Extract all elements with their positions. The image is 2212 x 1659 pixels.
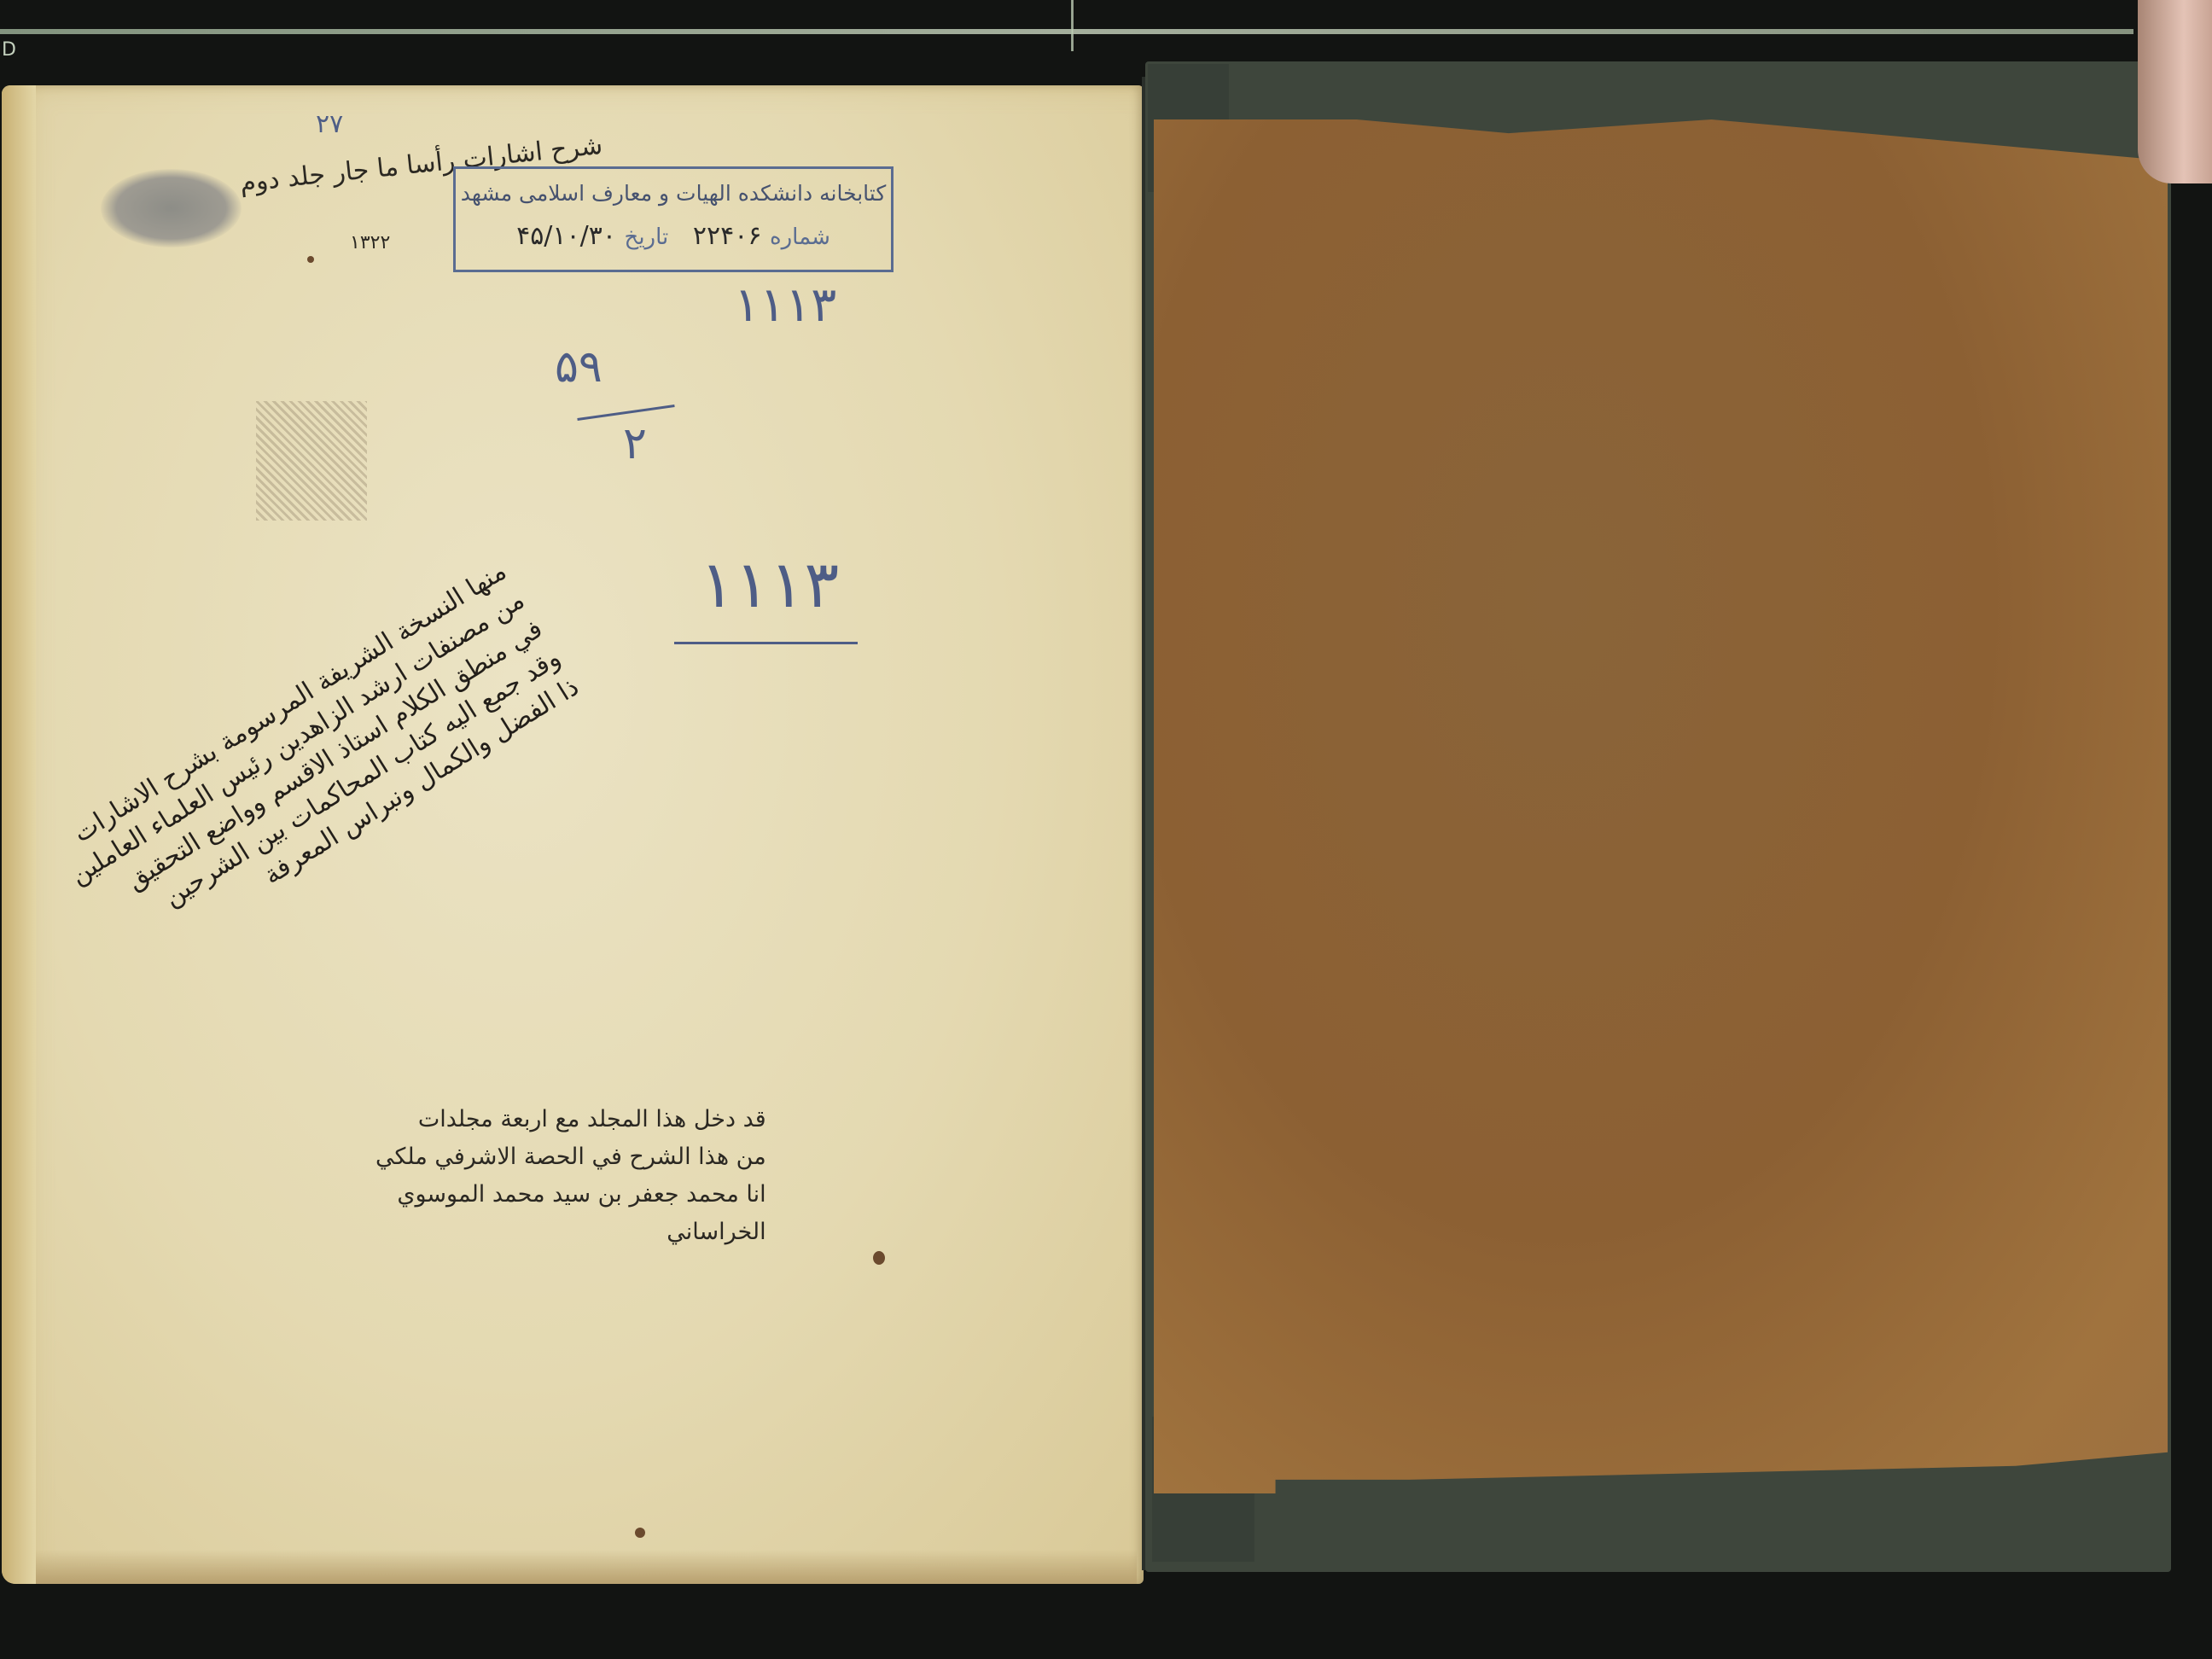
background-stripe (0, 29, 2133, 34)
stamp-number-line: شماره ۲۲۴۰۶ تاریخ ۴۵/۱۰/۳۰ (456, 221, 891, 251)
foxing-spot (307, 256, 314, 263)
background-divider (1071, 0, 1074, 51)
leather-cover-panel (1154, 119, 2168, 1493)
oval-seal-impression (101, 169, 242, 247)
stamp-number-label: شماره (770, 224, 830, 250)
foxing-spot (635, 1528, 645, 1538)
stamp-number: ۲۲۴۰۶ (693, 221, 762, 251)
signature-note: ۱۳۲۲ (350, 232, 390, 253)
catalog-number-top: ۱۱۱۳ (734, 277, 836, 333)
stamp-date: ۴۵/۱۰/۳۰ (516, 221, 616, 251)
folio-note: ۲۷ (316, 109, 343, 139)
finger-holding-book (2138, 0, 2212, 183)
endowment-line: من هذا الشرح في الحصة الاشرفي ملكي (375, 1138, 766, 1176)
shelf-number-denominator: ۲ (623, 418, 647, 469)
endowment-note: قد دخل هذا المجلد مع اربعة مجلدات من هذا… (375, 1101, 766, 1251)
library-stamp: کتابخانه دانشکده الهیات و معارف اسلامی م… (453, 166, 894, 272)
endowment-line: قد دخل هذا المجلد مع اربعة مجلدات (375, 1101, 766, 1138)
page-foot-stain (36, 1550, 1137, 1584)
stamp-library-name: کتابخانه دانشکده الهیات و معارف اسلامی م… (456, 181, 891, 206)
foxing-spot (873, 1251, 885, 1265)
background-mark: D (2, 39, 16, 61)
catalog-number-main: ۱۱۱۳ (700, 546, 839, 622)
page-edge (2, 85, 36, 1584)
square-seal-impression (256, 401, 367, 521)
endowment-line: انا محمد جعفر بن سيد محمد الموسوي (375, 1176, 766, 1214)
stamp-date-label: تاریخ (625, 224, 669, 250)
catalog-number-rule (674, 642, 858, 644)
shelf-number-numerator: ۵۹ (555, 341, 602, 393)
endowment-line: الخراساني (375, 1214, 766, 1251)
